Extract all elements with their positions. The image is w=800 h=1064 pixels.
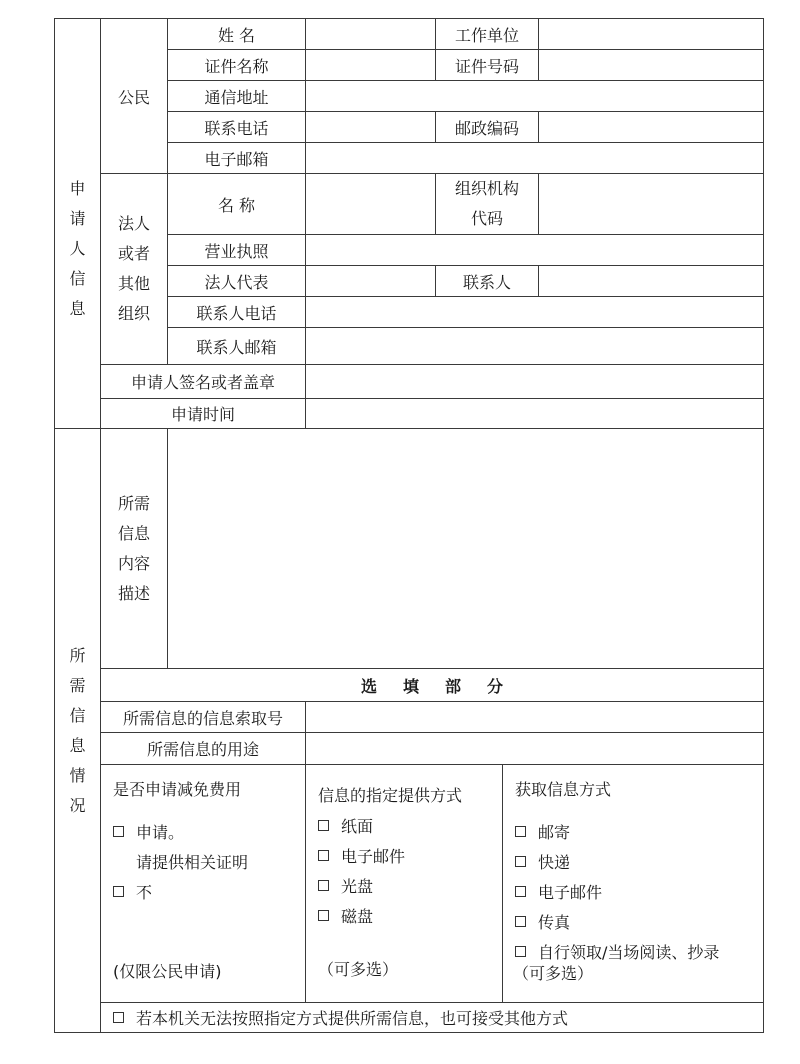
index-number-field[interactable] — [305, 701, 764, 733]
citizen-name-label: 姓 名 — [167, 18, 306, 50]
work-unit-label: 工作单位 — [435, 18, 539, 50]
obtain-option-express[interactable]: 快递 — [515, 846, 570, 876]
email-label: 电子邮箱 — [167, 142, 306, 174]
id-number-label: 证件号码 — [435, 49, 539, 81]
optional-section-header: 选填部分 — [100, 668, 764, 702]
provide-option-cd[interactable]: 光盘 — [318, 870, 373, 900]
checkbox-icon[interactable] — [318, 880, 329, 891]
id-type-label: 证件名称 — [167, 49, 306, 81]
apply-time-field[interactable] — [305, 398, 764, 429]
checkbox-icon[interactable] — [113, 1012, 124, 1023]
checkbox-icon[interactable] — [318, 910, 329, 921]
obtain-method-note: （可多选） — [513, 961, 593, 984]
org-name-field[interactable] — [305, 173, 436, 235]
checkbox-icon[interactable] — [318, 820, 329, 831]
description-field[interactable] — [167, 428, 764, 669]
signature-label: 申请人签名或者盖章 — [100, 364, 306, 399]
signature-field[interactable] — [305, 364, 764, 399]
provide-option-disk[interactable]: 磁盘 — [318, 900, 373, 930]
obtain-option-email[interactable]: 电子邮件 — [515, 876, 602, 906]
phone-label: 联系电话 — [167, 111, 306, 143]
phone-field[interactable] — [305, 111, 436, 143]
address-field[interactable] — [305, 80, 764, 112]
org-code-field[interactable] — [538, 173, 764, 235]
description-label: 所需 信息 内容 描述 — [100, 428, 168, 669]
checkbox-icon[interactable] — [515, 826, 526, 837]
business-license-label: 营业执照 — [167, 234, 306, 266]
citizen-name-field[interactable] — [305, 18, 436, 50]
checkbox-icon[interactable] — [113, 886, 124, 897]
legal-rep-field[interactable] — [305, 265, 436, 297]
provide-option-paper[interactable]: 纸面 — [318, 810, 373, 840]
contact-field[interactable] — [538, 265, 764, 297]
contact-email-field[interactable] — [305, 327, 764, 365]
checkbox-icon[interactable] — [515, 916, 526, 927]
org-name-label: 名 称 — [167, 173, 306, 235]
obtain-option-fax[interactable]: 传真 — [515, 906, 570, 936]
apply-time-label: 申请时间 — [100, 398, 306, 429]
postcode-label: 邮政编码 — [435, 111, 539, 143]
purpose-field[interactable] — [305, 732, 764, 765]
email-field[interactable] — [305, 142, 764, 174]
fee-waiver-note: (仅限公民申请) — [113, 959, 222, 982]
contact-phone-field[interactable] — [305, 296, 764, 328]
checkbox-icon[interactable] — [515, 946, 526, 957]
contact-phone-label: 联系人电话 — [167, 296, 306, 328]
index-number-label: 所需信息的信息索取号 — [100, 701, 306, 733]
accept-other-row[interactable]: 若本机关无法按照指定方式提供所需信息，也可接受其他方式 — [100, 1002, 764, 1033]
fee-waiver-title: 是否申请减免费用 — [113, 777, 241, 800]
obtain-method-title: 获取信息方式 — [515, 777, 611, 800]
provide-method-note: （可多选） — [318, 957, 398, 980]
work-unit-field[interactable] — [538, 18, 764, 50]
fee-waiver-apply-option[interactable]: 申请。 — [113, 816, 184, 846]
fee-waiver-group: 是否申请减免费用 申请。 请提供相关证明 不 (仅限公民申请) — [100, 764, 306, 1003]
fee-waiver-no-option[interactable]: 不 — [113, 876, 152, 906]
checkbox-icon[interactable] — [318, 850, 329, 861]
org-code-label: 组织机构 代码 — [435, 173, 539, 235]
postcode-field[interactable] — [538, 111, 764, 143]
provide-method-group: 信息的指定提供方式 纸面 电子邮件 光盘 磁盘 （可多选） — [305, 764, 503, 1003]
provide-method-title: 信息的指定提供方式 — [318, 783, 462, 806]
contact-label: 联系人 — [435, 265, 539, 297]
address-label: 通信地址 — [167, 80, 306, 112]
checkbox-icon[interactable] — [515, 856, 526, 867]
organization-group-label: 法人 或者 其他 组织 — [100, 173, 168, 365]
contact-email-label: 联系人邮箱 — [167, 327, 306, 365]
required-info-section-label: 所 需 信 息 情 况 — [54, 428, 101, 1033]
provide-option-email[interactable]: 电子邮件 — [318, 840, 405, 870]
obtain-option-mail[interactable]: 邮寄 — [515, 816, 570, 846]
purpose-label: 所需信息的用途 — [100, 732, 306, 765]
applicant-info-section-label: 申 请 人 信 息 — [54, 18, 101, 429]
citizen-group-label: 公民 — [100, 18, 168, 174]
id-type-field[interactable] — [305, 49, 436, 81]
obtain-method-group: 获取信息方式 邮寄 快递 电子邮件 传真 自行领取/当场阅读、抄录 （可多选） — [502, 764, 764, 1003]
id-number-field[interactable] — [538, 49, 764, 81]
legal-rep-label: 法人代表 — [167, 265, 306, 297]
checkbox-icon[interactable] — [515, 886, 526, 897]
fee-waiver-apply-hint: 请提供相关证明 — [113, 846, 248, 876]
info-disclosure-application-form: 申 请 人 信 息 公民 姓 名 工作单位 证件名称 证件号码 通信地址 联系电… — [54, 18, 764, 1033]
checkbox-icon[interactable] — [113, 826, 124, 837]
business-license-field[interactable] — [305, 234, 764, 266]
